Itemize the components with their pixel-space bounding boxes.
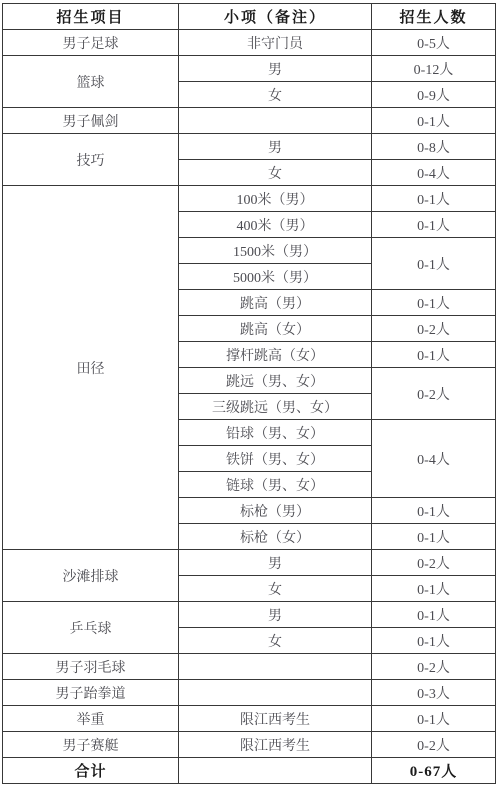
table-cell: 田径 bbox=[3, 186, 179, 550]
table-row: 男子佩剑0-1人 bbox=[3, 108, 496, 134]
header-row: 招生项目小项（备注）招生人数 bbox=[3, 4, 496, 30]
table-cell: 0-1人 bbox=[372, 602, 496, 628]
table-cell: 0-4人 bbox=[372, 420, 496, 498]
table-cell: 0-1人 bbox=[372, 628, 496, 654]
table-cell: 0-1人 bbox=[372, 186, 496, 212]
table-cell: 乒乓球 bbox=[3, 602, 179, 654]
table-row: 男子羽毛球0-2人 bbox=[3, 654, 496, 680]
table-cell: 女 bbox=[179, 160, 372, 186]
table-cell: 链球（男、女） bbox=[179, 472, 372, 498]
table-cell: 跳远（男、女） bbox=[179, 368, 372, 394]
table-cell: 技巧 bbox=[3, 134, 179, 186]
table-cell: 0-4人 bbox=[372, 160, 496, 186]
table-cell: 0-1人 bbox=[372, 212, 496, 238]
table-cell: 男 bbox=[179, 602, 372, 628]
table-cell: 男子赛艇 bbox=[3, 732, 179, 758]
table-cell: 女 bbox=[179, 82, 372, 108]
table-cell: 0-67人 bbox=[372, 758, 496, 784]
table-cell: 0-3人 bbox=[372, 680, 496, 706]
table-cell: 限江西考生 bbox=[179, 732, 372, 758]
header-cell: 招生人数 bbox=[372, 4, 496, 30]
table-cell: 合计 bbox=[3, 758, 179, 784]
table-cell bbox=[179, 108, 372, 134]
table-cell: 0-2人 bbox=[372, 732, 496, 758]
table-cell: 0-1人 bbox=[372, 576, 496, 602]
table-row: 举重限江西考生0-1人 bbox=[3, 706, 496, 732]
table-cell: 跳高（女） bbox=[179, 316, 372, 342]
table-row: 技巧男0-8人 bbox=[3, 134, 496, 160]
table-cell: 0-5人 bbox=[372, 30, 496, 56]
table-cell: 撑杆跳高（女） bbox=[179, 342, 372, 368]
table-cell: 0-1人 bbox=[372, 498, 496, 524]
table-row: 合计0-67人 bbox=[3, 758, 496, 784]
table-row: 男子跆拳道0-3人 bbox=[3, 680, 496, 706]
table-row: 篮球男0-12人 bbox=[3, 56, 496, 82]
table-cell: 男子足球 bbox=[3, 30, 179, 56]
table-cell: 沙滩排球 bbox=[3, 550, 179, 602]
header-cell: 招生项目 bbox=[3, 4, 179, 30]
table-cell: 0-1人 bbox=[372, 238, 496, 290]
table-row: 田径100米（男）0-1人 bbox=[3, 186, 496, 212]
table-cell: 男 bbox=[179, 550, 372, 576]
table-cell: 男 bbox=[179, 56, 372, 82]
table-cell: 标枪（男） bbox=[179, 498, 372, 524]
table-row: 乒乓球男0-1人 bbox=[3, 602, 496, 628]
table-cell: 0-9人 bbox=[372, 82, 496, 108]
table-cell: 篮球 bbox=[3, 56, 179, 108]
table-cell bbox=[179, 680, 372, 706]
table-cell: 非守门员 bbox=[179, 30, 372, 56]
table-cell: 标枪（女） bbox=[179, 524, 372, 550]
table-cell: 0-2人 bbox=[372, 654, 496, 680]
table-cell: 5000米（男） bbox=[179, 264, 372, 290]
table-cell: 0-2人 bbox=[372, 368, 496, 420]
table-cell: 男子佩剑 bbox=[3, 108, 179, 134]
table-cell: 0-1人 bbox=[372, 290, 496, 316]
table-cell: 0-2人 bbox=[372, 316, 496, 342]
table-cell: 三级跳远（男、女） bbox=[179, 394, 372, 420]
recruitment-table: 招生项目小项（备注）招生人数 男子足球非守门员0-5人篮球男0-12人女0-9人… bbox=[2, 3, 496, 784]
table-cell: 举重 bbox=[3, 706, 179, 732]
table-cell bbox=[179, 758, 372, 784]
table-cell: 男子羽毛球 bbox=[3, 654, 179, 680]
table-body: 男子足球非守门员0-5人篮球男0-12人女0-9人男子佩剑0-1人技巧男0-8人… bbox=[3, 30, 496, 784]
table-cell: 0-2人 bbox=[372, 550, 496, 576]
table-row: 沙滩排球男0-2人 bbox=[3, 550, 496, 576]
table-cell bbox=[179, 654, 372, 680]
table-row: 男子赛艇限江西考生0-2人 bbox=[3, 732, 496, 758]
table-cell: 铅球（男、女） bbox=[179, 420, 372, 446]
table-cell: 0-1人 bbox=[372, 706, 496, 732]
table-cell: 0-1人 bbox=[372, 342, 496, 368]
table-cell: 0-1人 bbox=[372, 524, 496, 550]
table-cell: 跳高（男） bbox=[179, 290, 372, 316]
table-cell: 1500米（男） bbox=[179, 238, 372, 264]
table-cell: 0-12人 bbox=[372, 56, 496, 82]
table-cell: 限江西考生 bbox=[179, 706, 372, 732]
table-cell: 400米（男） bbox=[179, 212, 372, 238]
table-row: 男子足球非守门员0-5人 bbox=[3, 30, 496, 56]
table-cell: 0-1人 bbox=[372, 108, 496, 134]
table-cell: 女 bbox=[179, 628, 372, 654]
table-cell: 男子跆拳道 bbox=[3, 680, 179, 706]
table-cell: 100米（男） bbox=[179, 186, 372, 212]
table-cell: 女 bbox=[179, 576, 372, 602]
table-cell: 男 bbox=[179, 134, 372, 160]
header-cell: 小项（备注） bbox=[179, 4, 372, 30]
table-cell: 0-8人 bbox=[372, 134, 496, 160]
table-cell: 铁饼（男、女） bbox=[179, 446, 372, 472]
document-body: 招生项目小项（备注）招生人数 男子足球非守门员0-5人篮球男0-12人女0-9人… bbox=[0, 0, 498, 787]
